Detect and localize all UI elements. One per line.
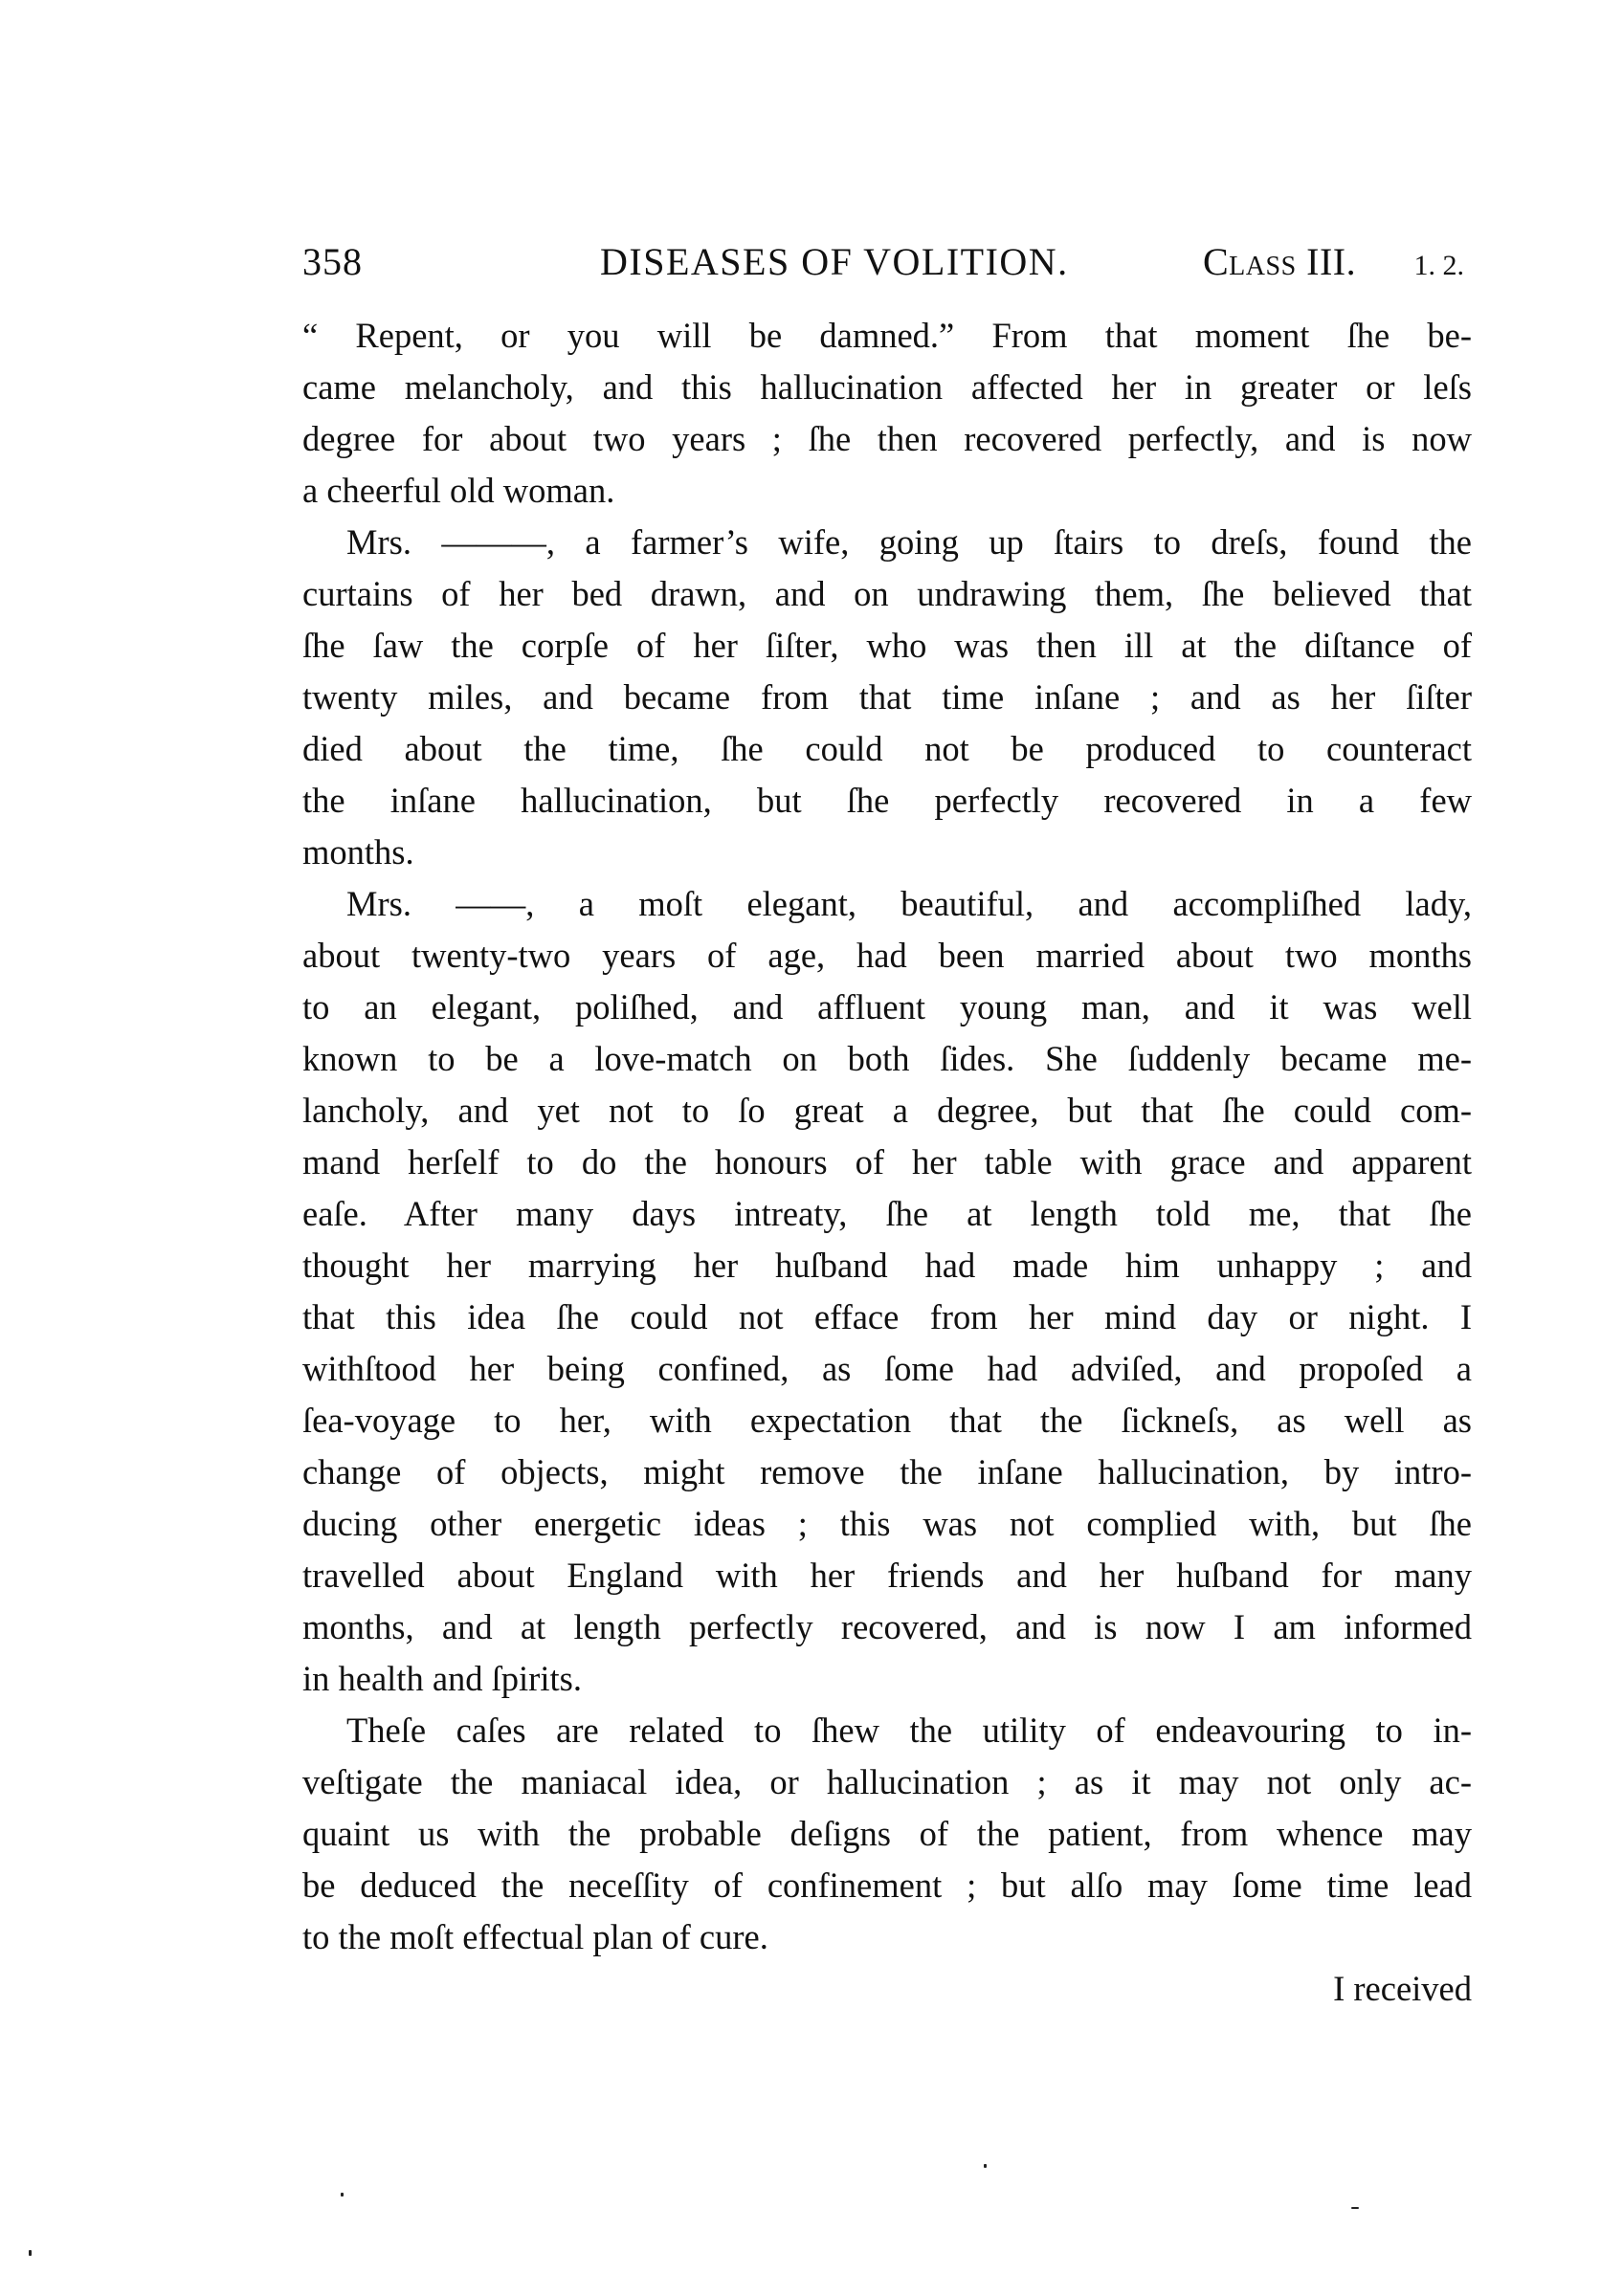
text-line: twenty miles, and became from that time … (302, 672, 1472, 723)
text-line: months, and at length perfectly recovere… (302, 1601, 1472, 1653)
scan-speck (341, 2193, 344, 2197)
text-line: eaſe. After many days intreaty, ſhe at l… (302, 1188, 1472, 1240)
text-line: Theſe caſes are related to ſhew the util… (346, 1705, 1472, 1756)
text-line: mand herſelf to do the honours of her ta… (302, 1137, 1472, 1188)
text-line: lancholy, and yet not to ſo great a degr… (302, 1085, 1472, 1137)
text-line: ſea-voyage to her, with expectation that… (302, 1395, 1472, 1446)
text-line: about twenty-two years of age, had been … (302, 930, 1472, 982)
scan-speck (29, 2250, 32, 2256)
text-line: change of objects, might remove the inſa… (302, 1446, 1472, 1498)
running-title: DISEASES OF VOLITION. (600, 241, 1069, 283)
text-line: known to be a love-match on both ſides. … (302, 1033, 1472, 1085)
text-line: degree for about two years ; ſhe then re… (302, 413, 1472, 465)
text-line: veſtigate the maniacal idea, or hallucin… (302, 1756, 1472, 1808)
text-line: be deduced the neceſſity of confinement … (302, 1860, 1472, 1911)
scan-speck (984, 2164, 987, 2168)
text-line: to the moſt effectual plan of cure. (302, 1911, 1472, 1963)
text-line: Mrs. ———, a farmer’s wife, going up ſtai… (346, 517, 1472, 568)
text-line: curtains of her bed drawn, and on undraw… (302, 568, 1472, 620)
scan-speck (1351, 2207, 1359, 2209)
text-line: a cheerful old woman. (302, 465, 1472, 517)
class-label: Class III. (1203, 241, 1356, 283)
text-line: came melancholy, and this hallucination … (302, 362, 1472, 413)
text-line: thought her marrying her huſband had mad… (302, 1240, 1472, 1291)
text-line: “ Repent, or you will be damned.” From t… (302, 310, 1472, 362)
text-line: quaint us with the probable deſigns of t… (302, 1808, 1472, 1860)
text-line: travelled about England with her friends… (302, 1550, 1472, 1601)
text-line: died about the time, ſhe could not be pr… (302, 723, 1472, 775)
text-line: withſtood her being confined, as ſome ha… (302, 1343, 1472, 1395)
section-number: 1. 2. (1414, 245, 1465, 287)
text-line: in health and ſpirits. (302, 1653, 1472, 1705)
text-line: that this idea ſhe could not efface from… (302, 1291, 1472, 1343)
text-line: ſhe ſaw the corpſe of her ſiſter, who wa… (302, 620, 1472, 672)
text-line: months. (302, 827, 1472, 878)
catchword: I received (302, 1963, 1472, 2015)
page-number: 358 (302, 241, 363, 283)
book-page: 358 DISEASES OF VOLITION. Class III. 1. … (0, 0, 1623, 2296)
text-line: ducing other energetic ideas ; this was … (302, 1498, 1472, 1550)
text-line: to an elegant, poliſhed, and affluent yo… (302, 982, 1472, 1033)
text-line: Mrs. ——, a moſt elegant, beautiful, and … (346, 878, 1472, 930)
running-head: 358 DISEASES OF VOLITION. Class III. 1. … (302, 241, 1470, 283)
text-line: the inſane hallucination, but ſhe perfec… (302, 775, 1472, 827)
